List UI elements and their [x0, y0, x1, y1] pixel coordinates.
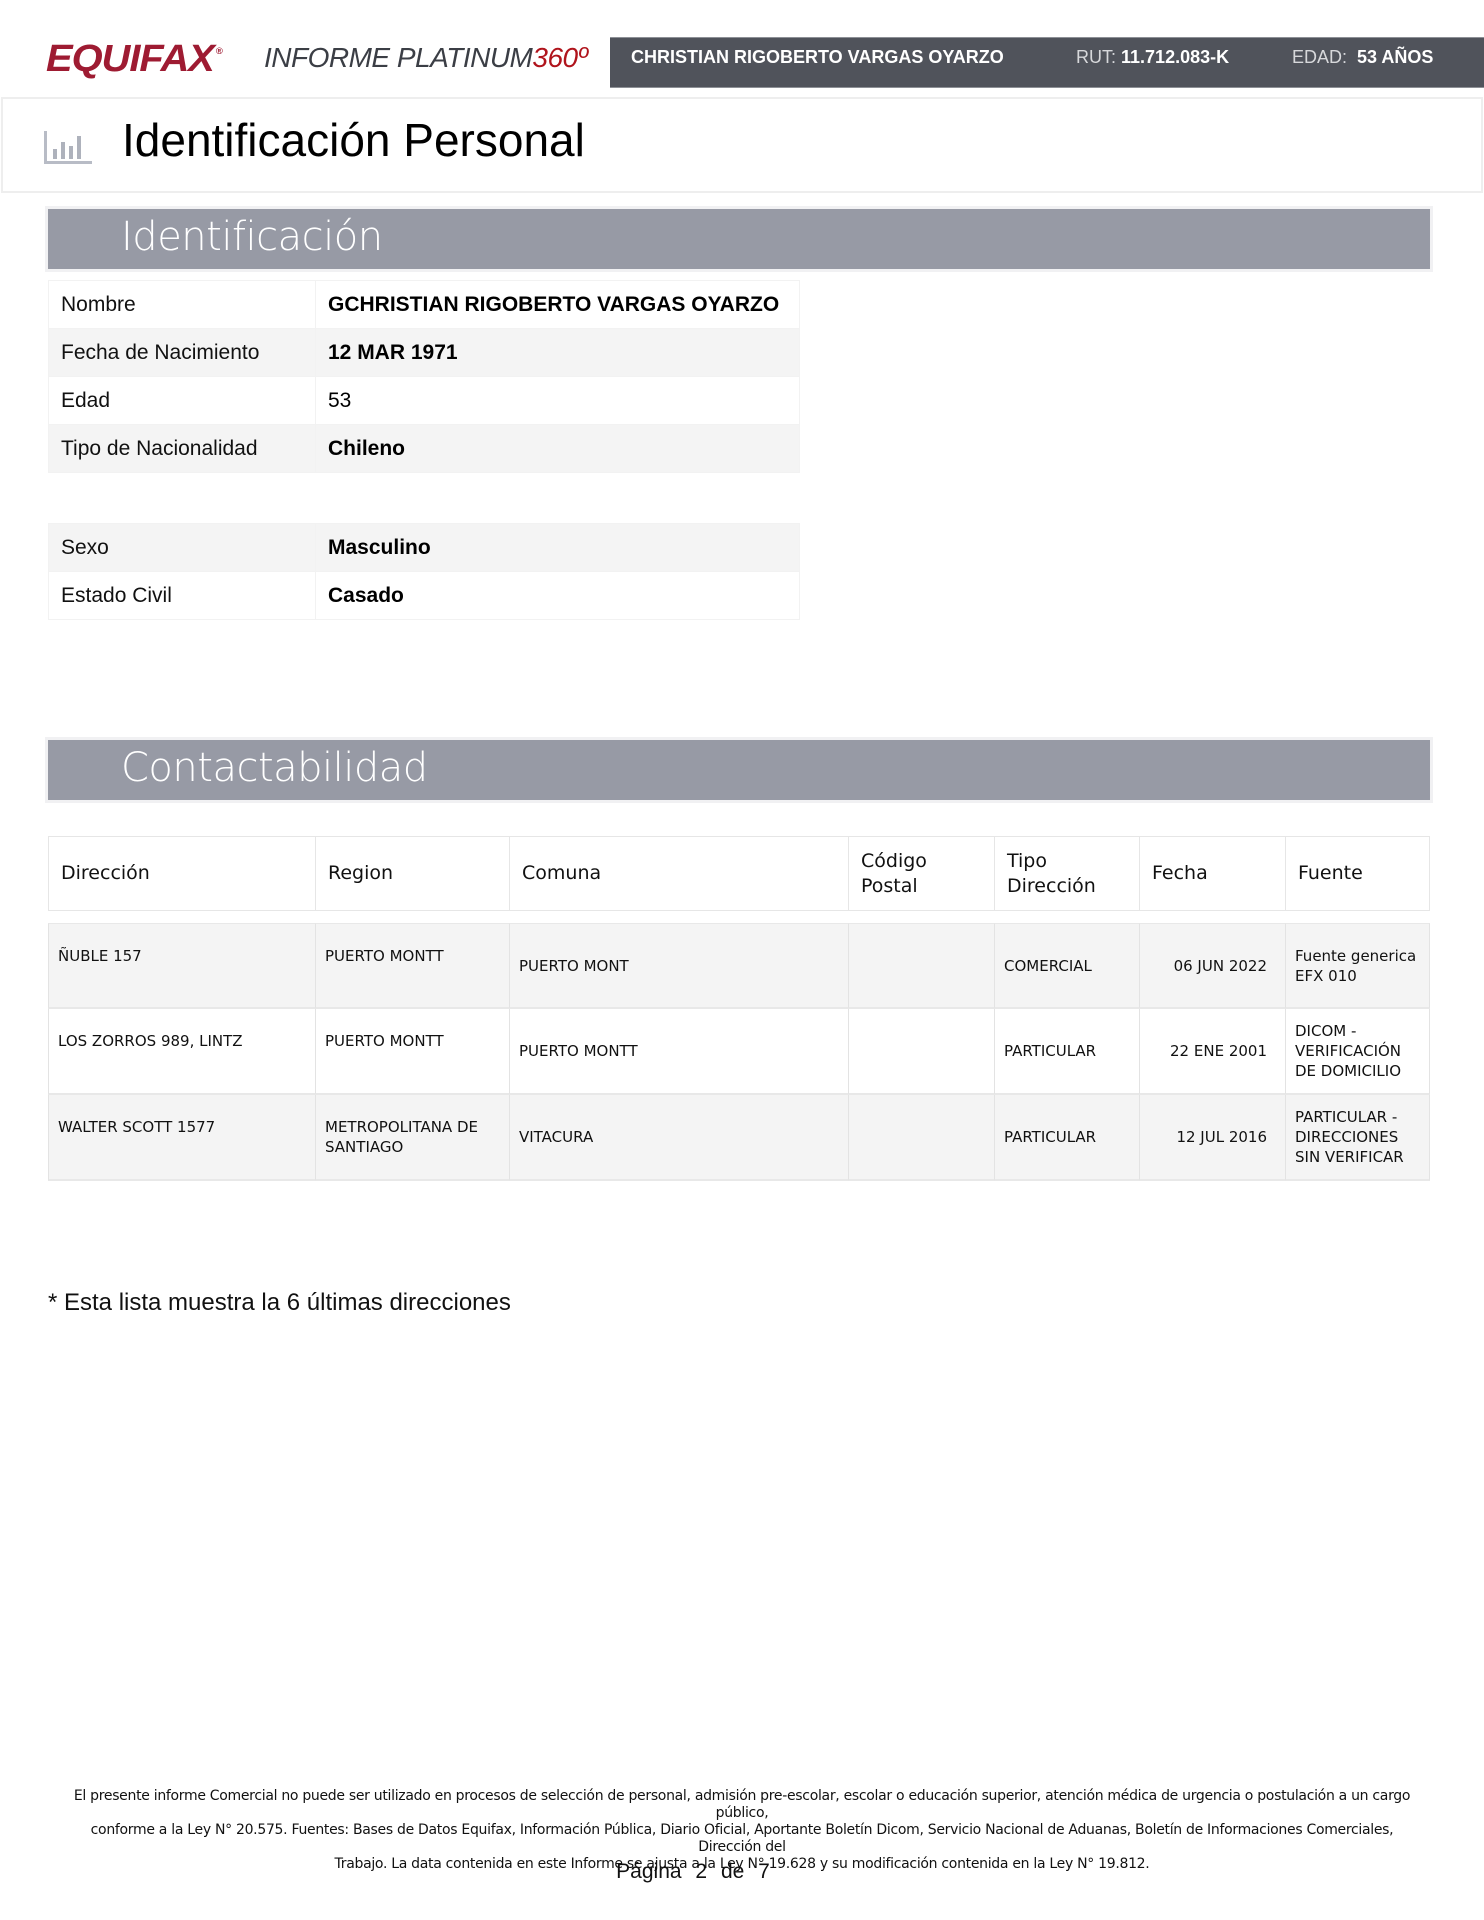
- table-row: Fecha de Nacimiento 12 MAR 1971: [49, 329, 800, 377]
- rut-value: 11.712.083-K: [1121, 47, 1229, 67]
- cell-region: PUERTO MONTT: [315, 1009, 509, 1095]
- address-list-note: * Esta lista muestra la 6 últimas direcc…: [48, 1289, 511, 1317]
- field-label: Fecha de Nacimiento: [49, 329, 316, 377]
- disclaimer-line: El presente informe Comercial no puede s…: [62, 1788, 1422, 1822]
- field-label: Nombre: [49, 281, 316, 329]
- section-header-identificacion: Identificación: [48, 209, 1430, 269]
- address-table: Dirección Region Comuna Código Postal Ti…: [48, 836, 1430, 1181]
- table-row: WALTER SCOTT 1577 METROPOLITANA DE SANTI…: [48, 1095, 1430, 1181]
- field-value-estado-civil: Casado: [316, 572, 800, 620]
- column-header-fecha: Fecha: [1139, 836, 1285, 911]
- field-label: Sexo: [49, 524, 316, 572]
- cell-region: PUERTO MONTT: [315, 923, 509, 1009]
- page-title-box: Identificación Personal: [1, 97, 1483, 193]
- field-label: Estado Civil: [49, 572, 316, 620]
- cell-region: METROPOLITANA DE SANTIAGO: [315, 1095, 509, 1181]
- column-header-direccion: Dirección: [48, 836, 315, 911]
- column-header-tipo-direccion: Tipo Dirección: [994, 836, 1139, 911]
- registered-mark: ®: [216, 46, 222, 56]
- table-row: Nombre GCHRISTIAN RIGOBERTO VARGAS OYARZ…: [49, 281, 800, 329]
- page-label: Página: [616, 1860, 681, 1883]
- cell-tipo: COMERCIAL: [994, 923, 1139, 1009]
- cell-direccion: ÑUBLE 157: [48, 923, 315, 1009]
- field-value-sexo: Masculino: [316, 524, 800, 572]
- field-value-fecha-nacimiento: 12 MAR 1971: [316, 329, 800, 377]
- cell-tipo: PARTICULAR: [994, 1009, 1139, 1095]
- field-label: Edad: [49, 377, 316, 425]
- rut-label: RUT:: [1076, 47, 1116, 67]
- table-row: Estado Civil Casado: [49, 572, 800, 620]
- column-header-codigo-postal: Código Postal: [848, 836, 994, 911]
- cell-codigo-postal: [848, 1095, 994, 1181]
- table-row: LOS ZORROS 989, LINTZ PUERTO MONTT PUERT…: [48, 1009, 1430, 1095]
- table-row: Sexo Masculino: [49, 524, 800, 572]
- section-title: Contactabilidad: [121, 745, 428, 791]
- cell-codigo-postal: [848, 923, 994, 1009]
- page-total: 7: [758, 1860, 770, 1883]
- person-name: CHRISTIAN RIGOBERTO VARGAS OYARZO: [631, 47, 1004, 68]
- cell-tipo: PARTICULAR: [994, 1095, 1139, 1181]
- identification-table: Nombre GCHRISTIAN RIGOBERTO VARGAS OYARZ…: [48, 280, 800, 473]
- section-header-contactabilidad: Contactabilidad: [48, 740, 1430, 800]
- field-value-nacionalidad: Chileno: [316, 425, 800, 473]
- disclaimer-line: conforme a la Ley N° 20.575. Fuentes: Ba…: [62, 1822, 1422, 1856]
- page-of: de: [721, 1860, 744, 1883]
- cell-comuna: VITACURA: [509, 1095, 848, 1181]
- table-row: ÑUBLE 157 PUERTO MONTT PUERTO MONT COMER…: [48, 923, 1430, 1009]
- cell-fuente: Fuente generica EFX 010: [1285, 923, 1430, 1009]
- age-label: EDAD:: [1292, 47, 1347, 67]
- cell-fuente: DICOM - VERIFICACIÓN DE DOMICILIO: [1285, 1009, 1430, 1095]
- report-title-main: INFORME PLATINUM: [264, 42, 532, 73]
- age-value: 53 AÑOS: [1357, 47, 1433, 67]
- column-header-region: Region: [315, 836, 509, 911]
- table-header-row: Dirección Region Comuna Código Postal Ti…: [48, 836, 1430, 911]
- cell-fuente: PARTICULAR - DIRECCIONES SIN VERIFICAR: [1285, 1095, 1430, 1181]
- cell-fecha: 12 JUL 2016: [1139, 1095, 1285, 1181]
- cell-fecha: 22 ENE 2001: [1139, 1009, 1285, 1095]
- cell-comuna: PUERTO MONTT: [509, 1009, 848, 1095]
- column-header-comuna: Comuna: [509, 836, 848, 911]
- column-header-fuente: Fuente: [1285, 836, 1430, 911]
- field-value-nombre: GCHRISTIAN RIGOBERTO VARGAS OYARZO: [316, 281, 800, 329]
- field-value-edad: 53: [316, 377, 800, 425]
- cell-comuna: PUERTO MONT: [509, 923, 848, 1009]
- bar-chart-icon: [43, 127, 93, 165]
- equifax-logo: EQUIFAX®: [46, 38, 222, 81]
- age-field: EDAD: 53 AÑOS: [1292, 47, 1433, 68]
- cell-direccion: LOS ZORROS 989, LINTZ: [48, 1009, 315, 1095]
- rut-field: RUT: 11.712.083-K: [1076, 47, 1229, 68]
- table-row: Edad 53: [49, 377, 800, 425]
- page-title: Identificación Personal: [122, 113, 585, 167]
- person-summary-bar: CHRISTIAN RIGOBERTO VARGAS OYARZO RUT: 1…: [610, 37, 1484, 88]
- section-title: Identificación: [121, 214, 383, 260]
- report-title-accent: 360º: [532, 42, 587, 73]
- field-label: Tipo de Nacionalidad: [49, 425, 316, 473]
- row-spacer: [48, 911, 1430, 923]
- report-title: INFORME PLATINUM360º: [264, 42, 587, 74]
- cell-fecha: 06 JUN 2022: [1139, 923, 1285, 1009]
- cell-codigo-postal: [848, 1009, 994, 1095]
- page-number: Página 2 de 7: [0, 1860, 1386, 1884]
- page-current: 2: [695, 1860, 707, 1883]
- identification-table-2: Sexo Masculino Estado Civil Casado: [48, 523, 800, 620]
- table-row: Tipo de Nacionalidad Chileno: [49, 425, 800, 473]
- cell-direccion: WALTER SCOTT 1577: [48, 1095, 315, 1181]
